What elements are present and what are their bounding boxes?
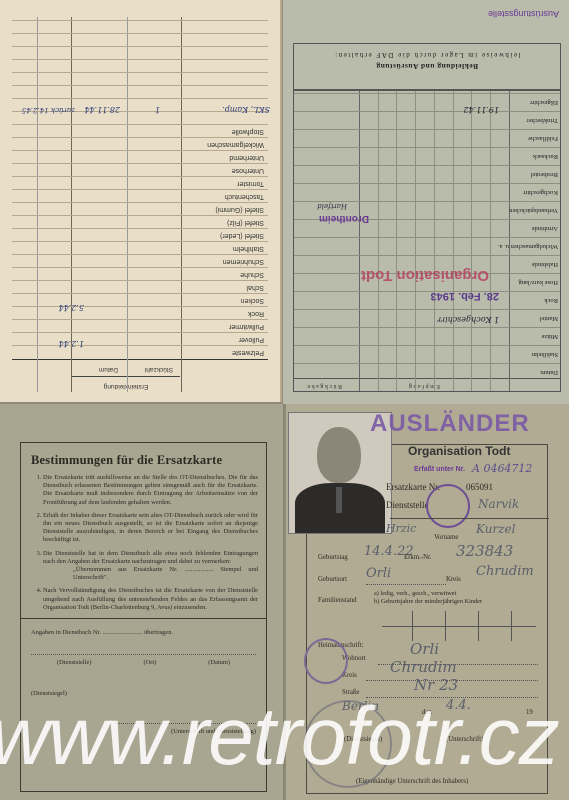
inventory-row: Schuhe: [12, 267, 268, 280]
hw-extra: zurück 14.2.45: [22, 106, 75, 114]
inventory-item-label: Wickelgamaschen: [207, 141, 264, 148]
clothing-item-label: Mütze: [541, 333, 558, 340]
kreis-value: Chrudim: [476, 564, 534, 579]
kreis2-value: Chrudim: [390, 658, 457, 676]
stamp-auslaender: AUSLÄNDER: [370, 410, 530, 438]
geburtstag-label: Geburtstag: [318, 554, 348, 561]
clothing-title: Bekleidung und Ausrüstung: [294, 62, 560, 71]
inventory-row: Pullwärmer: [12, 319, 268, 332]
clothing-item-label: Trinkbecher: [526, 117, 558, 124]
col-rueckgabe: Rückgabe: [306, 383, 342, 389]
hw-schuhe-date: 1.2.44: [59, 339, 84, 348]
transfer-line: Angaben in Dienstbuch Nr. ..............…: [21, 625, 266, 640]
clothing-item-label: Wickelgamaschen u. a.: [498, 243, 558, 250]
inventory-row: Stiefel (Leder): [12, 228, 268, 241]
hw-note: Hartfeld: [317, 202, 347, 210]
labels-row: (Dienststelle) (Ort) (Datum): [21, 655, 266, 670]
rules-title: Bestimmungen für die Ersatzkarte: [31, 453, 266, 468]
rule-3-text: Die Dienststelle hat in dem Dienstbuch a…: [43, 550, 258, 565]
inventory-row: [12, 72, 268, 85]
inventory-row: [12, 59, 268, 72]
inventory-row: Stopfwolle: [12, 124, 268, 137]
erfasst-number: A 0464712: [472, 462, 532, 475]
hw-qty: 1: [155, 105, 160, 114]
inventory-row: Schuhriemen: [12, 254, 268, 267]
label-datum: (Datum): [208, 659, 230, 666]
wohnort-value: Orli: [410, 640, 439, 658]
inventory-item-label: Stopfwolle: [232, 128, 264, 135]
inventory-row: [12, 85, 268, 98]
kreis-label: Kreis: [446, 576, 461, 583]
clothing-item-label: Eßgeschirr: [530, 99, 558, 106]
inventory-row: Rock: [12, 306, 268, 319]
dienst-label: Dienststelle: [386, 500, 429, 510]
inventory-header: Ersteinkleidung Stückzahl Datum: [12, 359, 268, 392]
hw-top: 1 Kochgeschirr: [437, 315, 499, 324]
inventory-item-label: Stiefel (Filz): [227, 219, 264, 226]
inventory-row: Unterhose: [12, 163, 268, 176]
clothing-row: Wickelgamaschen u. a.: [294, 237, 560, 253]
clothing-title-box: Bekleidung und Ausrüstung leihweise im L…: [293, 43, 561, 90]
inventory-row: Stahlhelm: [12, 241, 268, 254]
clothing-row: Trinkbecher: [294, 111, 560, 127]
clothing-item-label: Halsbinde: [532, 261, 558, 268]
inventory-item-label: Schuhe: [240, 271, 264, 278]
stamp-org-todt: Organisation Todt: [361, 267, 489, 284]
stamp-date: 28. Feb. 1943: [431, 290, 500, 302]
card-number: 065091: [466, 482, 493, 492]
name-value: Hrzic: [386, 522, 416, 535]
clothing-row: Stahlhelm: [294, 345, 560, 361]
clothing-item-label: Feldflasche: [528, 135, 558, 142]
inventory-table: Ersteinkleidung Stückzahl Datum Pelzwest…: [12, 17, 268, 392]
inventory-page: Ersteinkleidung Stückzahl Datum Pelzwest…: [0, 0, 282, 402]
inventory-item-label: Stiefel (Gummi): [215, 206, 264, 213]
rule-2: Erhält der Inhaber dieser Ersatzkarte se…: [43, 512, 258, 545]
inventory-row: Tornister: [12, 176, 268, 189]
inventory-row: Wickelgamaschen: [12, 137, 268, 150]
clothing-table: Empfang Rückgabe DatumStahlhelmMützeMant…: [293, 90, 561, 392]
familienstand-b: b) Geburtsjahre der minderjährigen Kinde…: [374, 598, 482, 605]
clothing-row: Eßgeschirr: [294, 93, 560, 109]
inventory-row: Stiefel (Gummi): [12, 202, 268, 215]
clothing-item-label: Datum: [540, 369, 558, 376]
clothing-page: Bekleidung und Ausrüstung leihweise im L…: [283, 0, 569, 404]
hw-note: SKL, Kamp.: [222, 105, 270, 114]
stamp-drontheim: Drontheim: [319, 213, 369, 224]
inventory-item-label: Schal: [246, 284, 264, 291]
clothing-item-label: Stahlhelm: [532, 351, 558, 358]
clothing-row: Kochgeschirr: [294, 183, 560, 199]
inventory-row: [12, 46, 268, 59]
hw-date: 28.11.44: [84, 105, 120, 114]
clothing-item-label: Hose kurz/lang: [518, 279, 558, 286]
inventory-item-label: Socken: [241, 297, 264, 304]
clothing-subtitle: leihweise im Lager durch die DAF erhalte…: [294, 51, 560, 59]
clothing-item-label: Rucksack: [533, 153, 558, 160]
inventory-row: [12, 20, 268, 33]
clothing-row: Mütze: [294, 327, 560, 343]
inventory-row: Schal: [12, 280, 268, 293]
clothing-item-label: Kochgeschirr: [523, 189, 558, 196]
header-ersteinkleidung: Ersteinkleidung: [72, 383, 180, 390]
inventory-item-label: Rock: [248, 310, 264, 317]
clothing-row: Rucksack: [294, 147, 560, 163]
small-round-stamp-icon: [304, 638, 348, 684]
inventory-row: Stiefel (Filz): [12, 215, 268, 228]
inventory-row: [12, 33, 268, 46]
inventory-row: Unterhemd: [12, 150, 268, 163]
geburtsort-value: Orli: [366, 566, 391, 581]
inventory-item-label: Pullwärmer: [229, 323, 264, 330]
familienstand-a: a) ledig, verh., gesch., verwitwet: [374, 590, 456, 597]
col-empfang: Empfang: [408, 383, 441, 389]
rule-1: Die Ersatzkarte tritt aushilfsweise an d…: [43, 474, 258, 507]
header-qty: Stückzahl: [145, 366, 173, 373]
erkm-label: Erkm.-Nr.: [404, 554, 432, 561]
inventory-item-label: Pelzweste: [232, 349, 264, 356]
inventory-row: Pullover: [12, 332, 268, 345]
header-date: Datum: [99, 366, 118, 373]
clothing-item-label: Rock: [544, 297, 558, 304]
rules-list: Die Ersatzkarte tritt aushilfsweise an d…: [21, 474, 266, 612]
inventory-item-label: Schuhriemen: [223, 258, 264, 265]
clothing-item-label: Verbandspäckchen: [509, 207, 558, 214]
geburtsort-label: Geburtsort: [318, 576, 347, 583]
clothing-item-label: Armbinde: [532, 225, 558, 232]
inventory-item-label: Stiefel (Leder): [220, 232, 264, 239]
stamp-ausruestung: Ausrüstungsstelle: [488, 9, 559, 19]
vorname-value: Kurzel: [476, 522, 515, 536]
inventory-item-label: Unterhose: [232, 167, 264, 174]
inventory-item-label: Unterhemd: [229, 154, 264, 161]
watermark: www.retrofotr.cz: [0, 690, 569, 784]
hw-first-date: 19.11.42: [463, 105, 499, 114]
clothing-item-label: Brotbeutel: [531, 171, 558, 178]
dienst-value: Narvik: [478, 497, 519, 511]
stamp-erfasst: Erfaßt unter Nr.: [414, 466, 465, 473]
clothing-row: Datum: [294, 363, 560, 379]
label-ort: (Ort): [143, 659, 156, 666]
inventory-item-label: Stahlhelm: [233, 245, 264, 252]
rule-4: Nach Vervollständigung des Dienstbuches …: [43, 587, 258, 612]
label-dienststelle: (Dienststelle): [57, 659, 91, 666]
inventory-item-label: Taschentuch: [225, 193, 264, 200]
clothing-row: Mantel: [294, 309, 560, 325]
inventory-row: Taschentuch: [12, 189, 268, 202]
clothing-item-label: Mantel: [540, 315, 558, 322]
familienstand-label: Familienstand: [318, 597, 357, 604]
inventory-item-label: Tornister: [237, 180, 264, 187]
inventory-row: Socken: [12, 293, 268, 306]
round-stamp-icon: [426, 484, 470, 528]
rule-3-quote: „Übernommen aus Ersatzkarte Nr. ........…: [43, 566, 258, 582]
vorname-label: Vorname: [434, 534, 458, 541]
hw-rock-date: 5.2.44: [59, 303, 84, 312]
clothing-row: Feldflasche: [294, 129, 560, 145]
org-title: Organisation Todt: [408, 444, 510, 458]
clothing-row: Brotbeutel: [294, 165, 560, 181]
clothing-row: Rock: [294, 291, 560, 307]
rule-3: Die Dienststelle hat in dem Dienstbuch a…: [43, 550, 258, 583]
erkm-value: 323843: [456, 542, 513, 560]
inventory-item-label: Pullover: [239, 336, 264, 343]
inventory-row: Pelzweste: [12, 345, 268, 358]
